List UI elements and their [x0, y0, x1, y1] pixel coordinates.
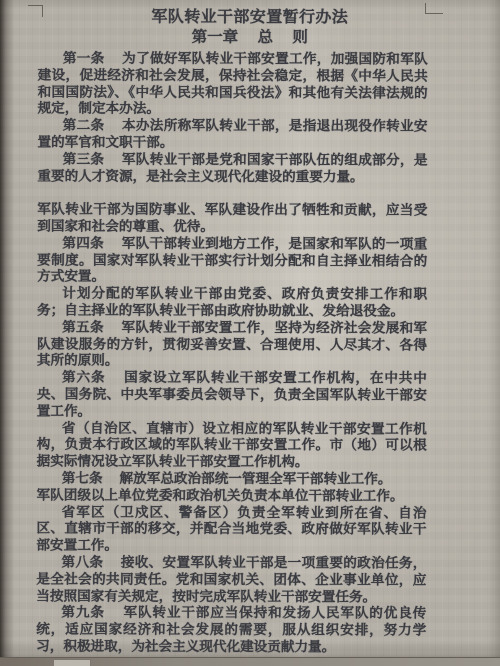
paper-edge-tab: [53, 659, 91, 666]
paragraph: 第六条 国家设立军队转业干部安置工作机构，在中共中央、国务院、中央军事委员会领导…: [37, 370, 427, 421]
document-head: 军队转业干部安置暂行办法 第一章 总 则: [38, 7, 428, 48]
paragraph: 第九条 军队转业干部应当保持和发扬人民军队的优良传统，适应国家经济和社会发展的需…: [36, 605, 426, 656]
document-body: 第一条 为了做好军队转业干部安置工作，加强国防和军队建设，促进经济和社会发展，保…: [36, 50, 428, 656]
paragraph: 第四条 军队干部转业到地方工作，是国家和军队的一项重要制度。国家对军队转业干部实…: [37, 235, 427, 286]
document: 军队转业干部安置暂行办法 第一章 总 则 第一条 为了做好军队转业干部安置工作，…: [36, 7, 428, 656]
document-title: 军队转业干部安置暂行办法: [72, 8, 428, 29]
paragraph: 省军区（卫戍区、警备区）负责全军转业到所在省、自治区、直辖市干部的移交，并配合当…: [36, 504, 426, 555]
paragraph: 计划分配的军队转业干部由党委、政府负责安排工作和职务；自主择业的军队转业干部由政…: [37, 286, 427, 321]
paragraph: 第二条 本办法所称军队转业干部，是指退出现役作转业安置的军官和文职干部。: [37, 118, 427, 153]
chapter-heading: 第一章 总 则: [72, 28, 428, 49]
paragraph: 第八条 接收、安置军队转业干部是一项重要的政治任务，是全社会的共同责任。党和国家…: [36, 554, 426, 605]
paragraph: 第五条 军队转业干部安置工作，坚持为经济社会发展和军队建设服务的方针，贯彻妥善安…: [37, 319, 427, 370]
paragraph: 第七条 解放军总政治部统一管理全军干部转业工作。: [37, 470, 427, 488]
paragraph: 省（自治区、直辖市）设立相应的军队转业干部安置工作机构，负责本行政区域的军队转业…: [37, 420, 427, 471]
paragraph: 军队转业干部为国防事业、军队建设作出了牺牲和贡献，应当受到国家和社会的尊重、优待…: [37, 202, 427, 237]
paragraph: 第三条 军队转业干部是党和国家干部队伍的组成部分，是重要的人才资源，是社会主义现…: [37, 151, 427, 186]
paragraph: 军队团级以上单位党委和政治机关负责本单位干部转业工作。: [37, 487, 427, 505]
photo-page: 军队转业干部安置暂行办法 第一章 总 则 第一条 为了做好军队转业干部安置工作，…: [0, 0, 500, 666]
paragraph: 第一条 为了做好军队转业干部安置工作，加强国防和军队建设，促进经济和社会发展，保…: [38, 50, 428, 118]
